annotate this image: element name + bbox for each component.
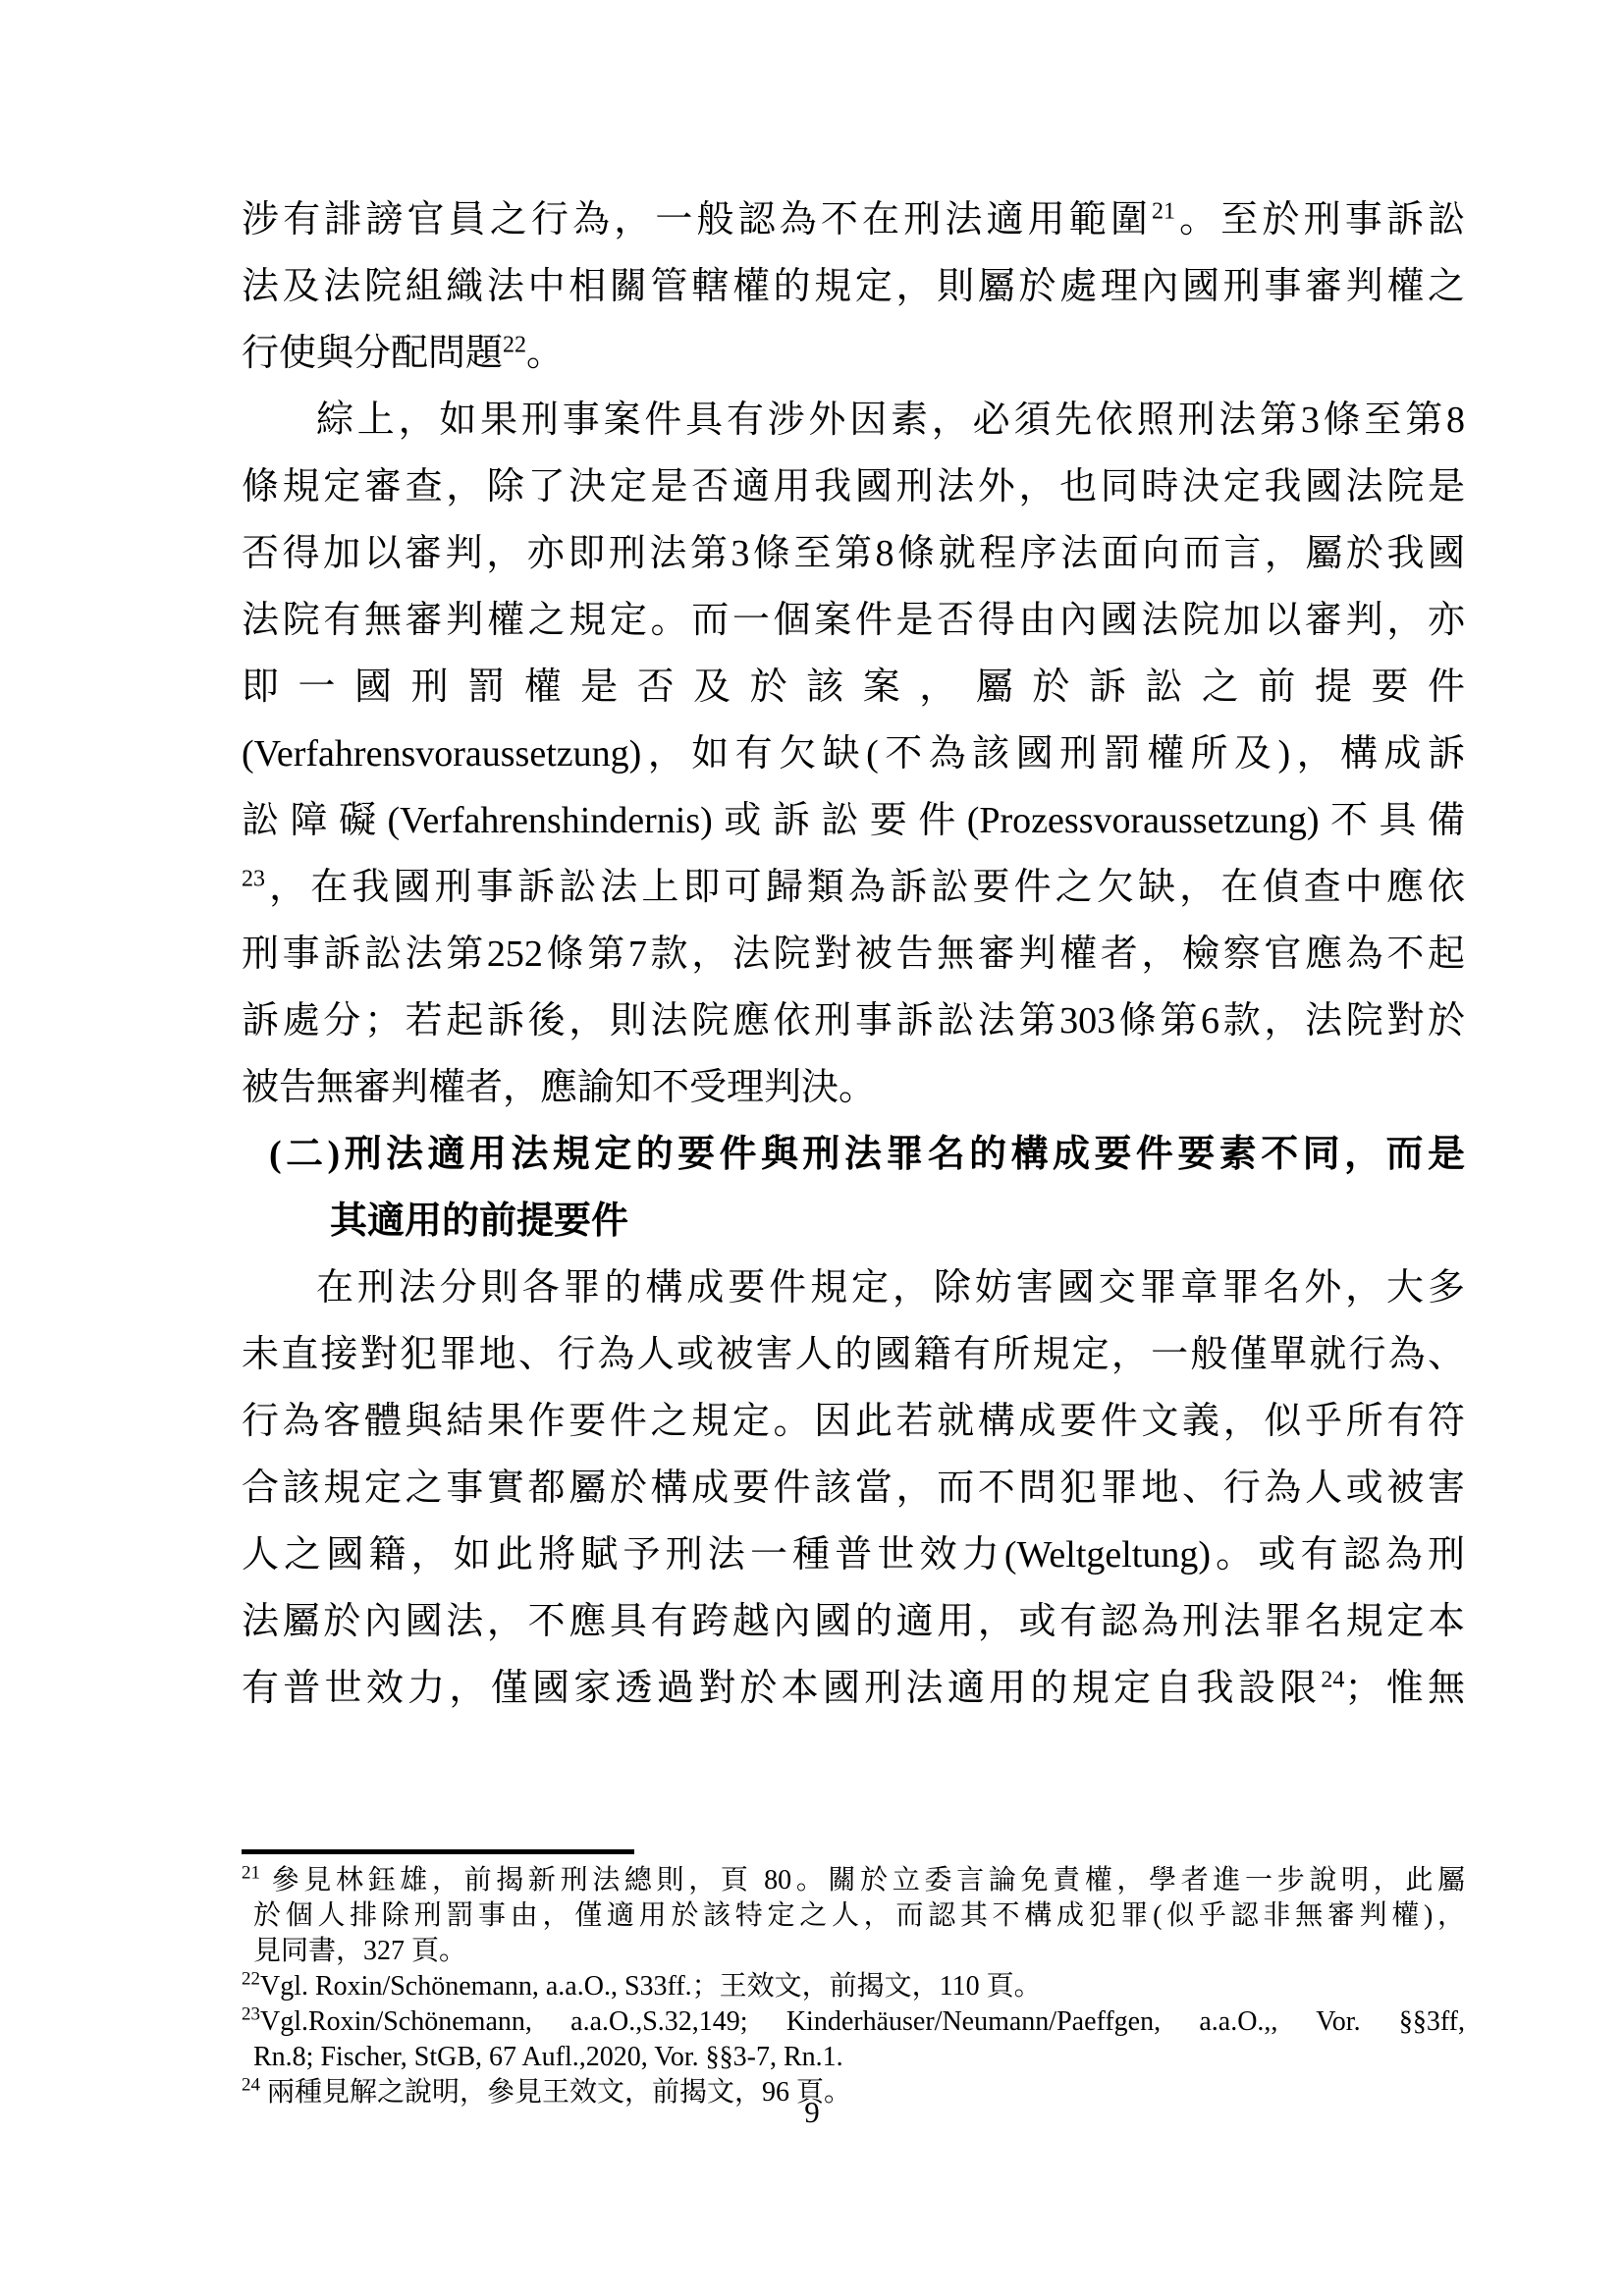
body-line: 即一國刑罰權是否及於該案，屬於訴訟之前提要件	[242, 654, 1465, 721]
text-run: 人之國籍，如此將賦予刑法一種普世效力(Weltgeltung)。或有認為刑	[242, 1534, 1465, 1575]
body-line: 未直接對犯罪地、行為人或被害人的國籍有所規定，一般僅單就行為、	[242, 1321, 1465, 1388]
text-run: 行為客體與結果作要件之規定。因此若就構成要件文義，似乎所有符	[242, 1401, 1465, 1442]
text-run: 被告無審判權者，應諭知不受理判決。	[242, 1067, 876, 1108]
body-line: 法院有無審判權之規定。而一個案件是否得由內國法院加以審判，亦	[242, 587, 1465, 654]
text-run: 否得加以審判，亦即刑法第3條至第8條就程序法面向而言，屬於我國	[242, 533, 1465, 574]
text-run: 綜上，如果刑事案件具有涉外因素，必須先依照刑法第3條至第8	[316, 400, 1465, 441]
footnote-line: Rn.8; Fischer, StGB, 67 Aufl.,2020, Vor.…	[242, 2040, 1465, 2075]
text-run: 條規定審查，除了決定是否適用我國刑法外，也同時決定我國法院是	[242, 466, 1465, 507]
footnote-text: 參見林鈺雄，前揭新刑法總則，頁 80。關於立委言論免責權，學者進一步說明，此屬	[260, 1865, 1465, 1896]
footnote-text: 於個人排除刑罰事由，僅適用於該特定之人，而認其不構成犯罪(似乎認非無審判權)，	[253, 1900, 1465, 1931]
footnote-ref: 23	[242, 866, 265, 891]
footnote-separator	[242, 1849, 634, 1854]
footnote-line: 見同書，327 頁。	[242, 1934, 1465, 1969]
body-line: 在刑法分則各罪的構成要件規定，除妨害國交罪章罪名外，大多	[242, 1255, 1465, 1321]
footnote-line: 23Vgl.Roxin/Schönemann, a.a.O.,S.32,149;…	[242, 2004, 1465, 2040]
body-line: 涉有誹謗官員之行為，一般認為不在刑法適用範圍21。至於刑事訴訟	[242, 187, 1465, 253]
page-number: 9	[0, 2093, 1624, 2132]
footnote-line: 22Vgl. Roxin/Schönemann, a.a.O., S33ff.；…	[242, 1969, 1465, 2004]
body-line: 行為客體與結果作要件之規定。因此若就構成要件文義，似乎所有符	[242, 1388, 1465, 1455]
text-run: 法屬於內國法，不應具有跨越內國的適用，或有認為刑法罪名規定本	[242, 1601, 1465, 1642]
section-heading-line: (二)刑法適用法規定的要件與刑法罪名的構成要件要素不同，而是	[242, 1121, 1465, 1188]
text-run: (二)刑法適用法規定的要件與刑法罪名的構成要件要素不同，而是	[269, 1134, 1465, 1175]
footnote-number: 23	[242, 2004, 260, 2025]
text-run: 。至於刑事訴訟	[1175, 199, 1465, 240]
body-line: 法屬於內國法，不應具有跨越內國的適用，或有認為刑法罪名規定本	[242, 1588, 1465, 1655]
text-run: 即一國刑罰權是否及於該案，屬於訴訟之前提要件	[242, 667, 1465, 708]
document-page: 涉有誹謗官員之行為，一般認為不在刑法適用範圍21。至於刑事訴訟法及法院組織法中相…	[0, 0, 1624, 2296]
footnote-number: 22	[242, 1969, 260, 1990]
text-run: 行使與分配問題	[242, 333, 503, 374]
footnote-ref: 24	[1321, 1667, 1344, 1692]
text-run: 未直接對犯罪地、行為人或被害人的國籍有所規定，一般僅單就行為、	[242, 1334, 1465, 1375]
body-line: 行使與分配問題22。	[242, 320, 1465, 387]
footnote-text: Rn.8; Fischer, StGB, 67 Aufl.,2020, Vor.…	[253, 2042, 843, 2072]
text-run: (Verfahrensvoraussetzung)，如有欠缺(不為該國刑罰權所及…	[242, 733, 1465, 774]
body-line: 訟障礙(Verfahrenshindernis)或訴訟要件(Prozessvor…	[242, 787, 1465, 854]
footnote-text: 見同書，327 頁。	[253, 1936, 466, 1966]
body-line: 訴處分；若起訴後，則法院應依刑事訴訟法第303條第6款，法院對於	[242, 988, 1465, 1054]
text-run: 有普世效力，僅國家透過對於本國刑法適用的規定自我設限	[242, 1668, 1321, 1709]
text-run: 合該規定之事實都屬於構成要件該當，而不問犯罪地、行為人或被害	[242, 1468, 1465, 1509]
body-line: 條規定審查，除了決定是否適用我國刑法外，也同時決定我國法院是	[242, 454, 1465, 520]
text-run: 在刑法分則各罪的構成要件規定，除妨害國交罪章罪名外，大多	[316, 1267, 1465, 1308]
text-run: 刑事訴訟法第252條第7款，法院對被告無審判權者，檢察官應為不起	[242, 934, 1465, 975]
body-line: 人之國籍，如此將賦予刑法一種普世效力(Weltgeltung)。或有認為刑	[242, 1522, 1465, 1588]
text-run: 訟障礙(Verfahrenshindernis)或訴訟要件(Prozessvor…	[242, 800, 1465, 841]
footnote-ref: 22	[503, 332, 526, 357]
body-line: 23，在我國刑事訴訟法上即可歸類為訴訟要件之欠缺，在偵查中應依	[242, 854, 1465, 921]
text-run: 。	[526, 333, 564, 374]
body-line: 有普世效力，僅國家透過對於本國刑法適用的規定自我設限24；惟無	[242, 1655, 1465, 1722]
body-line: (Verfahrensvoraussetzung)，如有欠缺(不為該國刑罰權所及…	[242, 721, 1465, 787]
text-run: 其適用的前提要件	[330, 1201, 628, 1242]
text-run: 訴處分；若起訴後，則法院應依刑事訴訟法第303條第6款，法院對於	[242, 1000, 1465, 1041]
footnote-number: 21	[242, 1863, 260, 1884]
text-run: ；惟無	[1344, 1668, 1465, 1709]
body-line: 被告無審判權者，應諭知不受理判決。	[242, 1054, 1465, 1121]
text-run: 法院有無審判權之規定。而一個案件是否得由內國法院加以審判，亦	[242, 600, 1465, 641]
footnote-text: Vgl.Roxin/Schönemann, a.a.O.,S.32,149; K…	[260, 2006, 1465, 2037]
text-run: 涉有誹謗官員之行為，一般認為不在刑法適用範圍	[242, 199, 1152, 240]
body-line: 合該規定之事實都屬於構成要件該當，而不問犯罪地、行為人或被害	[242, 1455, 1465, 1522]
main-text: 涉有誹謗官員之行為，一般認為不在刑法適用範圍21。至於刑事訴訟法及法院組織法中相…	[242, 187, 1465, 1722]
footnote-ref: 21	[1152, 198, 1175, 224]
footnote-text: Vgl. Roxin/Schönemann, a.a.O., S33ff.；王效…	[260, 1971, 1042, 2002]
footnote-line: 於個人排除刑罰事由，僅適用於該特定之人，而認其不構成犯罪(似乎認非無審判權)，	[242, 1898, 1465, 1934]
text-run: ，在我國刑事訴訟法上即可歸類為訴訟要件之欠缺，在偵查中應依	[265, 867, 1465, 908]
body-line: 刑事訴訟法第252條第7款，法院對被告無審判權者，檢察官應為不起	[242, 921, 1465, 988]
footnotes: 21 參見林鈺雄，前揭新刑法總則，頁 80。關於立委言論免責權，學者進一步說明，…	[242, 1863, 1465, 2110]
section-heading-line: 其適用的前提要件	[242, 1188, 1465, 1255]
body-line: 法及法院組織法中相關管轄權的規定，則屬於處理內國刑事審判權之	[242, 253, 1465, 320]
text-run: 法及法院組織法中相關管轄權的規定，則屬於處理內國刑事審判權之	[242, 266, 1465, 307]
body-line: 否得加以審判，亦即刑法第3條至第8條就程序法面向而言，屬於我國	[242, 520, 1465, 587]
body-line: 綜上，如果刑事案件具有涉外因素，必須先依照刑法第3條至第8	[242, 387, 1465, 454]
footnote-line: 21 參見林鈺雄，前揭新刑法總則，頁 80。關於立委言論免責權，學者進一步說明，…	[242, 1863, 1465, 1898]
